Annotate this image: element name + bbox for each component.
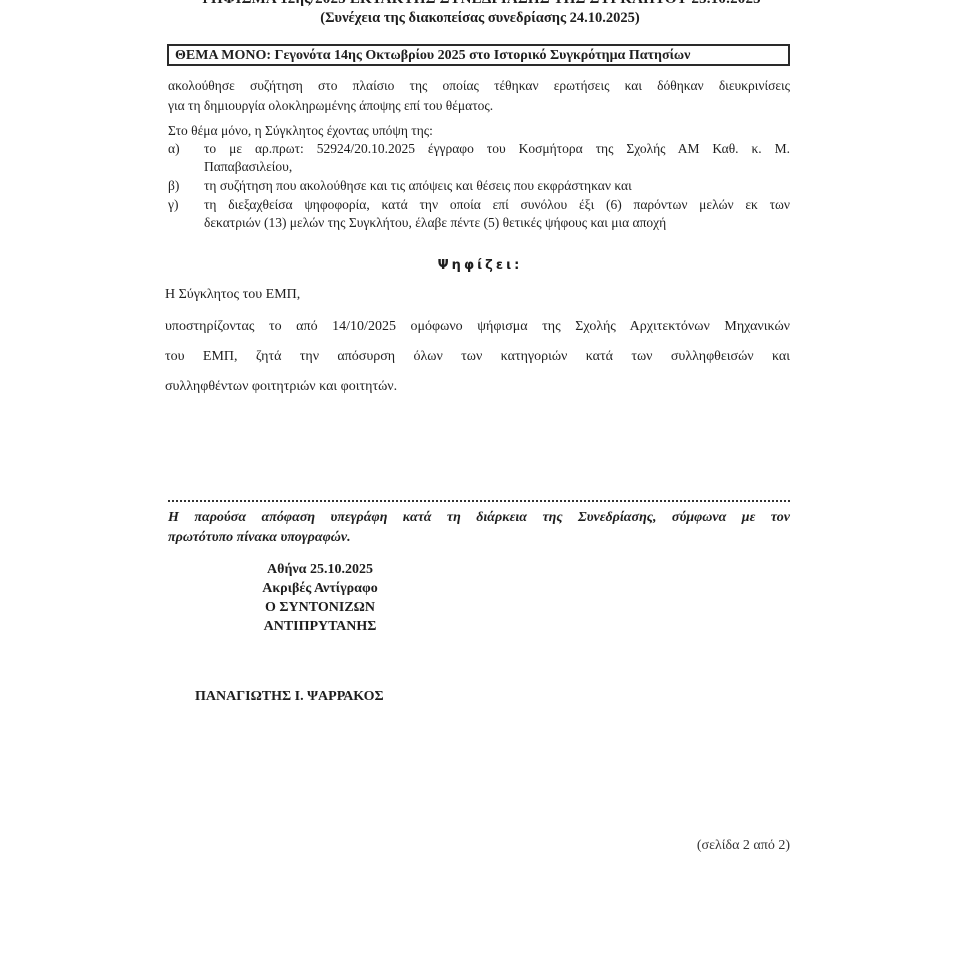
- signer-name: ΠΑΝΑΓΙΩΤΗΣ Ι. ΨΑΡΡΑΚΟΣ: [195, 689, 384, 705]
- signing-note-line-2: πρωτότυπο πίνακα υπογραφών.: [168, 528, 790, 548]
- role-line-1: Ο ΣΥΝΤΟΝΙΖΩΝ: [210, 598, 430, 617]
- item-label: γ): [168, 196, 192, 214]
- page-number: (σελίδα 2 από 2): [660, 838, 790, 854]
- item-label: α): [168, 140, 192, 158]
- signature-block: Αθήνα 25.10.2025 Ακριβές Αντίγραφο Ο ΣΥΝ…: [210, 560, 430, 636]
- item-line-1: τη διεξαχθείσα ψηφοφορία, κατά την οποία…: [204, 196, 790, 214]
- resolution-body: υποστηρίζοντας το από 14/10/2025 ομόφωνο…: [165, 312, 790, 402]
- subject-box: ΘΕΜΑ ΜΟΝΟ: Γεγονότα 14ης Οκτωβρίου 2025 …: [167, 44, 790, 66]
- resolution-title: ΨΗΦΙΣΜΑ 12ης/2025 ΕΚΤΑΚΤΗΣ ΣΥΝΕΔΡΙΑΣΗΣ Τ…: [150, 0, 810, 8]
- item-line-2: Παπαβασιλείου,: [204, 158, 790, 176]
- item-label: β): [168, 177, 192, 195]
- vote-heading: Ψηφίζει:: [400, 258, 560, 273]
- certified-copy: Ακριβές Αντίγραφο: [210, 579, 430, 598]
- considering-lead: Στο θέμα μόνο, η Σύγκλητος έχοντας υπόψη…: [168, 122, 790, 140]
- resolution-subtitle: (Συνέχεια της διακοπείσας συνεδρίασης 24…: [150, 10, 810, 27]
- intro-paragraph: ακολούθησε συζήτηση στο πλαίσιο της οποί…: [168, 76, 790, 116]
- intro-line-1: ακολούθησε συζήτηση στο πλαίσιο της οποί…: [168, 76, 790, 96]
- considering-item-c: γ) τη διεξαχθείσα ψηφοφορία, κατά την οπ…: [168, 196, 790, 232]
- item-line-1: το με αρ.πρωτ: 52924/20.10.2025 έγγραφο …: [204, 140, 790, 158]
- considering-item-b: β) τη συζήτηση που ακολούθησε και τις απ…: [168, 177, 790, 195]
- signing-note-line-1: Η παρούσα απόφαση υπεγράφη κατά τη διάρκ…: [168, 508, 790, 528]
- subject-text: ΘΕΜΑ ΜΟΝΟ: Γεγονότα 14ης Οκτωβρίου 2025 …: [175, 48, 690, 63]
- role-line-2: ΑΝΤΙΠΡΥΤΑΝΗΣ: [210, 617, 430, 636]
- signing-note: Η παρούσα απόφαση υπεγράφη κατά τη διάρκ…: [168, 508, 790, 548]
- dotted-separator: [168, 500, 790, 508]
- intro-line-2: για τη δημιουργία ολοκληρωμένης άποψης ε…: [168, 96, 790, 116]
- resolution-line-3: συλληφθέντων φοιτητριών και φοιτητών.: [165, 372, 790, 402]
- item-line-2: δεκατριών (13) μελών της Συγκλήτου, έλαβ…: [204, 214, 790, 232]
- resolution-opening: Η Σύγκλητος του ΕΜΠ,: [165, 280, 790, 310]
- considering-item-a: α) το με αρ.πρωτ: 52924/20.10.2025 έγγρα…: [168, 140, 790, 176]
- resolution-line-1: υποστηρίζοντας το από 14/10/2025 ομόφωνο…: [165, 312, 790, 342]
- document-page: ΨΗΦΙΣΜΑ 12ης/2025 ΕΚΤΑΚΤΗΣ ΣΥΝΕΔΡΙΑΣΗΣ Τ…: [0, 0, 960, 960]
- item-line-1: τη συζήτηση που ακολούθησε και τις απόψε…: [204, 177, 790, 195]
- resolution-line-2: του ΕΜΠ, ζητά την απόσυρση όλων των κατη…: [165, 342, 790, 372]
- place-date: Αθήνα 25.10.2025: [210, 560, 430, 579]
